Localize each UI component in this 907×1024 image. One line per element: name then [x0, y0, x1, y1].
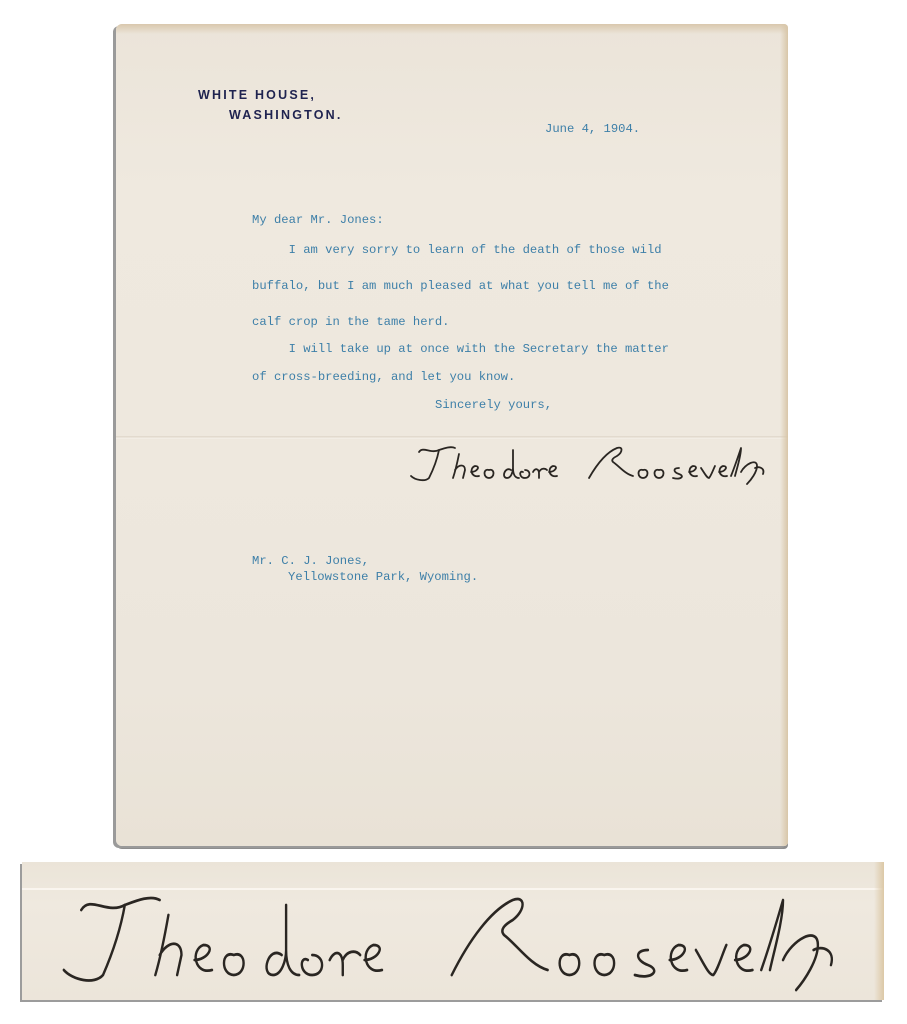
- body-line: calf crop in the tame herd.: [252, 315, 449, 329]
- signature-detail-strip: [22, 862, 884, 1000]
- salutation: My dear Mr. Jones:: [252, 213, 384, 227]
- body-line: buffalo, but I am much pleased at what y…: [252, 279, 669, 293]
- letterhead-washington: WASHINGTON.: [229, 108, 343, 122]
- closing: Sincerely yours,: [435, 398, 552, 412]
- letter-page: WHITE HOUSE, WASHINGTON. June 4, 1904. M…: [116, 24, 788, 846]
- letterhead-white-house: WHITE HOUSE,: [198, 88, 316, 102]
- body-line: of cross-breeding, and let you know.: [252, 370, 515, 384]
- handwritten-signature: [401, 436, 791, 486]
- body-line: I will take up at once with the Secretar…: [252, 342, 669, 356]
- recipient-address: Yellowstone Park, Wyoming.: [288, 570, 478, 584]
- letter-date: June 4, 1904.: [545, 122, 640, 136]
- recipient-name: Mr. C. J. Jones,: [252, 554, 369, 568]
- handwritten-signature-enlarged: [42, 870, 892, 995]
- body-line: I am very sorry to learn of the death of…: [252, 243, 662, 257]
